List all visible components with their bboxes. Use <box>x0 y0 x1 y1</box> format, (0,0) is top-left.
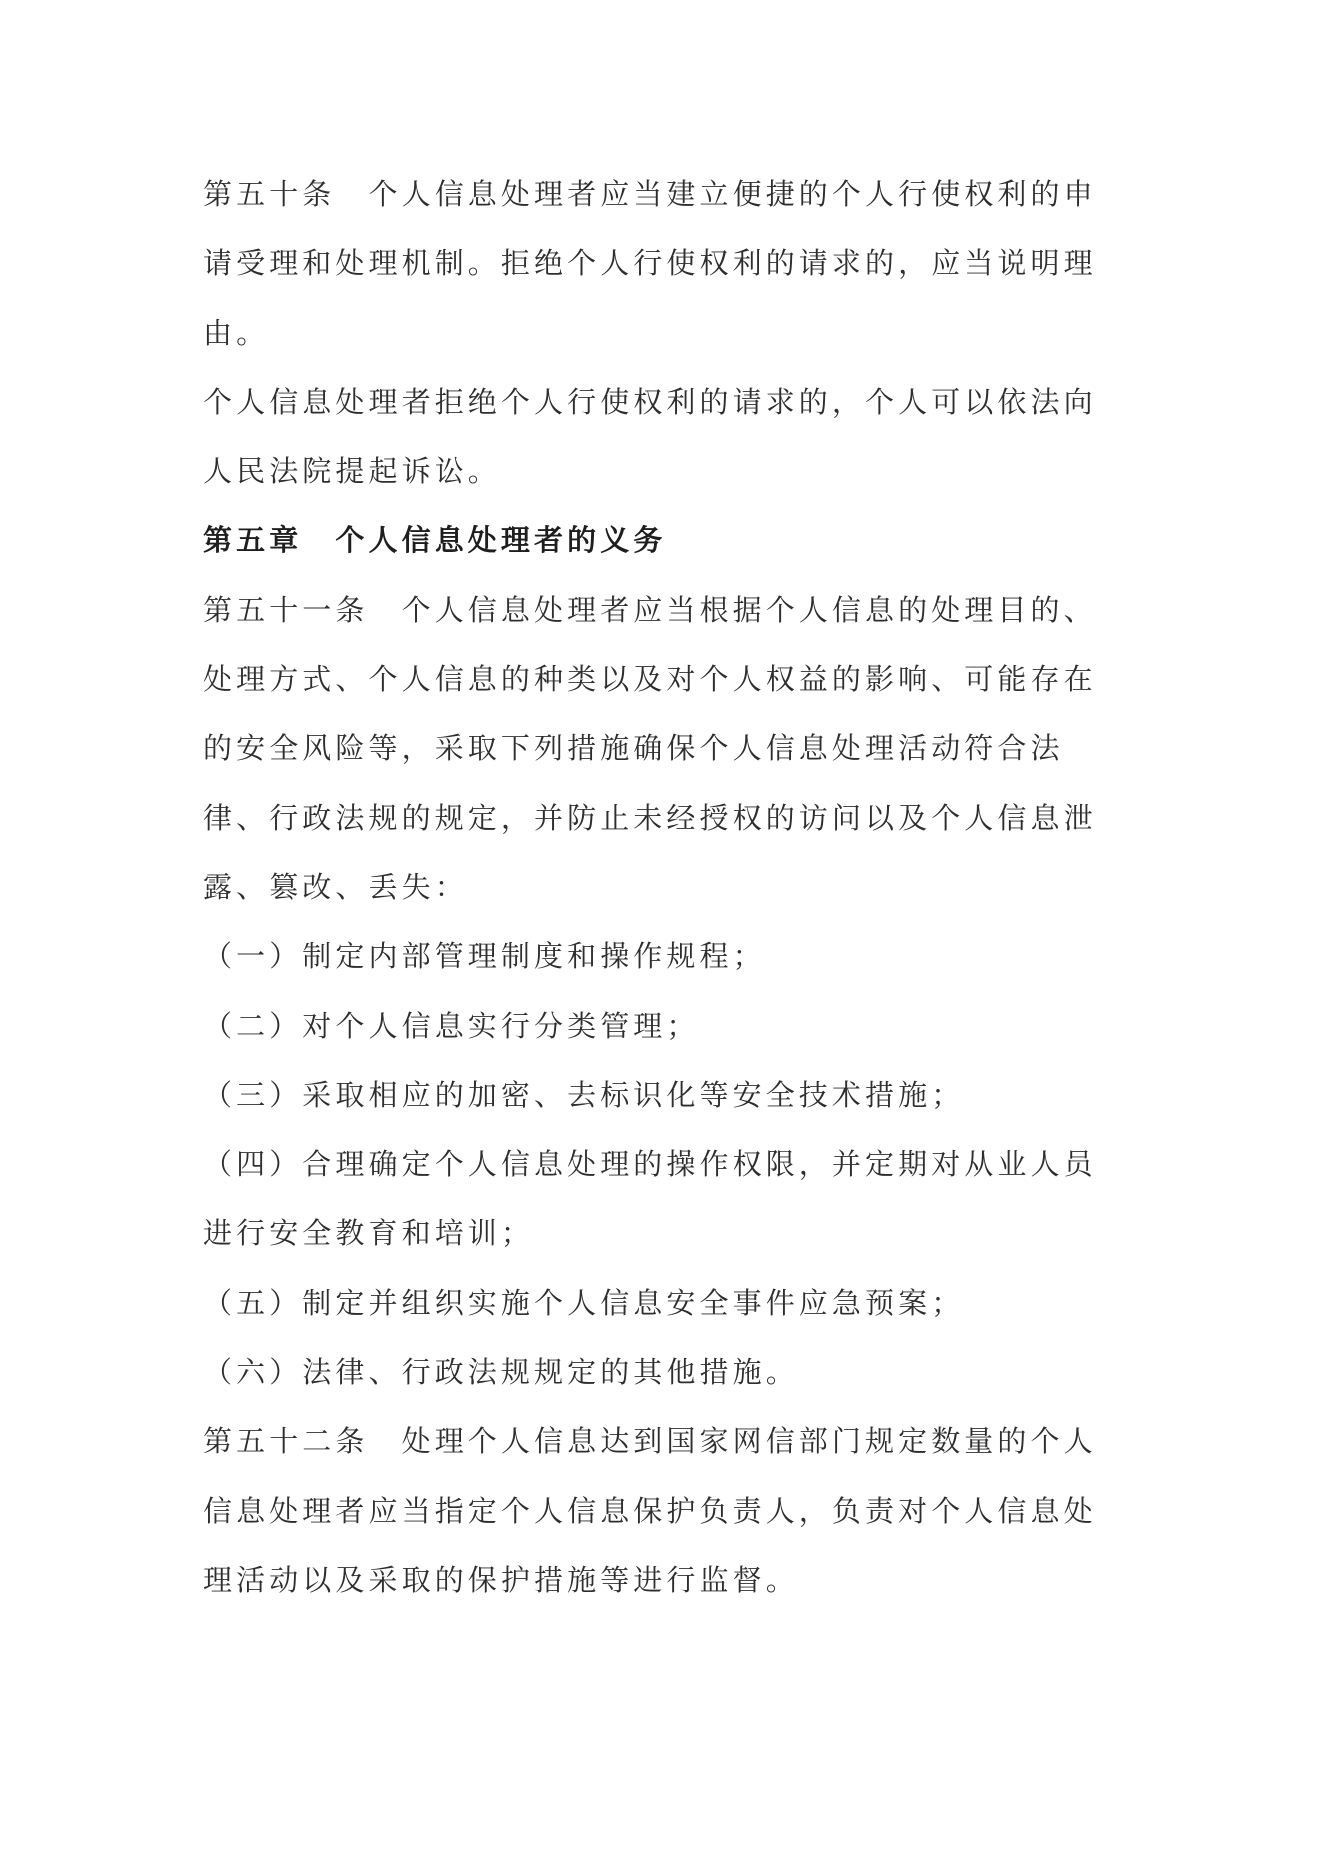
list-item-6: （六）法律、行政法规规定的其他措施。 <box>203 1338 1103 1407</box>
article-50-para2-line-2: 人民法院提起诉讼。 <box>203 437 1103 506</box>
article-52-line-1: 第五十二条 处理个人信息达到国家网信部门规定数量的个人 <box>203 1407 1103 1476</box>
document-page: 第五十条 个人信息处理者应当建立便捷的个人行使权利的申 请受理和处理机制。拒绝个… <box>0 0 1323 1871</box>
list-item-4-line-1: （四）合理确定个人信息处理的操作权限，并定期对从业人员 <box>203 1130 1103 1199</box>
article-51-line-4: 律、行政法规的规定，并防止未经授权的访问以及个人信息泄 <box>203 784 1103 853</box>
list-item-5: （五）制定并组织实施个人信息安全事件应急预案； <box>203 1269 1103 1338</box>
article-50-para2-line-1: 个人信息处理者拒绝个人行使权利的请求的，个人可以依法向 <box>203 368 1103 437</box>
article-50-line-2: 请受理和处理机制。拒绝个人行使权利的请求的，应当说明理 <box>203 229 1103 298</box>
list-item-1: （一）制定内部管理制度和操作规程； <box>203 922 1103 991</box>
chapter-5-heading: 第五章 个人信息处理者的义务 <box>203 506 1103 575</box>
list-item-4-line-2: 进行安全教育和培训； <box>203 1199 1103 1268</box>
article-51-line-2: 处理方式、个人信息的种类以及对个人权益的影响、可能存在 <box>203 645 1103 714</box>
article-52-line-3: 理活动以及采取的保护措施等进行监督。 <box>203 1546 1103 1615</box>
document-body: 第五十条 个人信息处理者应当建立便捷的个人行使权利的申 请受理和处理机制。拒绝个… <box>203 160 1103 1615</box>
article-51-line-3: 的安全风险等，采取下列措施确保个人信息处理活动符合法 <box>203 714 1103 783</box>
list-item-3: （三）采取相应的加密、去标识化等安全技术措施； <box>203 1061 1103 1130</box>
article-51-line-5: 露、篡改、丢失： <box>203 853 1103 922</box>
list-item-2: （二）对个人信息实行分类管理； <box>203 992 1103 1061</box>
article-52-line-2: 信息处理者应当指定个人信息保护负责人，负责对个人信息处 <box>203 1477 1103 1546</box>
article-50-line-1: 第五十条 个人信息处理者应当建立便捷的个人行使权利的申 <box>203 160 1103 229</box>
article-50-line-3: 由。 <box>203 299 1103 368</box>
article-51-line-1: 第五十一条 个人信息处理者应当根据个人信息的处理目的、 <box>203 576 1103 645</box>
